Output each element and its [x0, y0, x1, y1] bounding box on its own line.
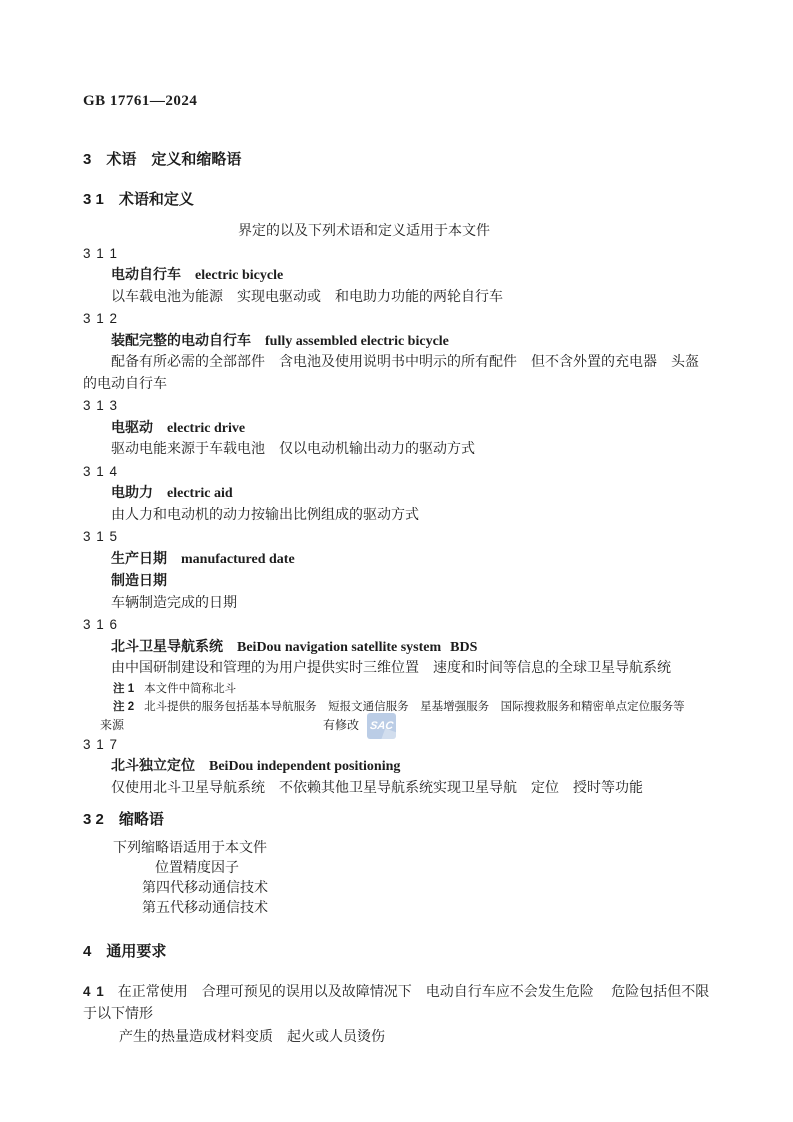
term-zh: 装配完整的电动自行车	[111, 332, 251, 348]
term-block-3-1-6: 3 1 6 北斗卫星导航系统BeiDou navigation satellit…	[83, 614, 715, 734]
section-3-2-heading: 3 2 缩略语	[83, 809, 715, 830]
clause-text: 在正常使用 合理可预见的误用以及故障情况下 电动自行车应不会发生危险 危险包括但…	[83, 985, 709, 1022]
term-number: 3 1 2	[83, 308, 715, 330]
term-definition: 驱动电能来源于车载电池 仅以电动机输出动力的驱动方式	[83, 439, 715, 461]
term-zh: 电驱动	[111, 419, 153, 435]
doc-number: GB 17761—2024	[83, 92, 715, 111]
term-number: 3 1 4	[83, 461, 715, 483]
term-note-1: 注 1本文件中简称北斗	[83, 680, 715, 698]
term-title: 电动自行车electric bicycle	[83, 264, 715, 287]
term-abbreviation: BDS	[450, 640, 477, 655]
terms-intro: 界定的以及下列术语和定义适用于本文件	[83, 221, 715, 243]
term-title: 北斗独立定位BeiDou independent positioning	[83, 755, 715, 778]
term-block-3-1-2: 3 1 2 装配完整的电动自行车fully assembled electric…	[83, 308, 715, 395]
abbr-item-5g: 第五代移动通信技术	[83, 899, 715, 919]
term-block-3-1-7: 3 1 7 北斗独立定位BeiDou independent positioni…	[83, 734, 715, 800]
clause-4-1: 4 1在正常使用 合理可预见的误用以及故障情况下 电动自行车应不会发生危险 危险…	[83, 981, 715, 1025]
term-definition: 由人力和电动机的动力按输出比例组成的驱动方式	[83, 505, 715, 527]
term-en: fully assembled electric bicycle	[265, 334, 449, 349]
source-label: 来源	[100, 718, 124, 732]
term-block-3-1-5: 3 1 5 生产日期manufactured date 制造日期 车辆制造完成的…	[83, 526, 715, 614]
term-title: 电助力electric aid	[83, 482, 715, 505]
term-definition: 仅使用北斗卫星导航系统 不依赖其他卫星导航系统实现卫星导航 定位 授时等功能	[83, 778, 715, 800]
section-4-heading: 4 通用要求	[83, 941, 715, 962]
term-en: manufactured date	[181, 552, 295, 567]
term-zh: 北斗卫星导航系统	[111, 638, 223, 654]
term-zh-alt: 制造日期	[111, 572, 167, 588]
term-en: BeiDou independent positioning	[209, 759, 400, 774]
term-alt-title: 制造日期	[83, 570, 715, 593]
term-zh: 北斗独立定位	[111, 757, 195, 773]
term-source-line: 来源有修改	[83, 716, 715, 734]
term-title: 电驱动electric drive	[83, 417, 715, 440]
note-label: 注 2	[113, 701, 134, 713]
clause-number: 4 1	[83, 984, 105, 999]
sac-watermark-logo: SAC	[367, 713, 396, 739]
note-text: 本文件中简称北斗	[144, 683, 236, 695]
term-en: electric bicycle	[195, 268, 283, 283]
term-definition: 以车载电池为能源 实现电驱动或 和电助力功能的两轮自行车	[83, 287, 715, 309]
term-title: 装配完整的电动自行车fully assembled electric bicyc…	[83, 330, 715, 353]
term-definition: 配备有所必需的全部部件 含电池及使用说明书中明示的所有配件 但不含外置的充电器 …	[83, 352, 715, 395]
term-definition: 车辆制造完成的日期	[83, 593, 715, 615]
abbr-item-4g: 第四代移动通信技术	[83, 879, 715, 899]
term-title: 北斗卫星导航系统BeiDou navigation satellite syst…	[83, 636, 715, 659]
term-number: 3 1 6	[83, 614, 715, 636]
section-3-heading: 3 术语 定义和缩略语	[83, 149, 715, 170]
term-number: 3 1 5	[83, 526, 715, 548]
term-number: 3 1 3	[83, 395, 715, 417]
term-block-3-1-3: 3 1 3 电驱动electric drive 驱动电能来源于车载电池 仅以电动…	[83, 395, 715, 461]
term-number: 3 1 1	[83, 243, 715, 265]
note-label: 注 1	[113, 683, 134, 695]
term-block-3-1-4: 3 1 4 电助力electric aid 由人力和电动机的动力按输出比例组成的…	[83, 461, 715, 527]
note-text: 北斗提供的服务包括基本导航服务 短报文通信服务 星基增强服务 国际搜救服务和精密…	[144, 701, 685, 713]
abbr-intro: 下列缩略语适用于本文件	[83, 838, 715, 859]
term-zh: 电动自行车	[111, 266, 181, 282]
term-title: 生产日期manufactured date	[83, 548, 715, 571]
term-block-3-1-1: 3 1 1 电动自行车electric bicycle 以车载电池为能源 实现电…	[83, 243, 715, 309]
term-number: 3 1 7	[83, 734, 715, 756]
source-modified-note: 有修改	[323, 718, 359, 732]
section-3-1-heading: 3 1 术语和定义	[83, 189, 715, 210]
sac-watermark-text: SAC	[369, 721, 394, 732]
term-en: BeiDou navigation satellite system	[237, 640, 441, 655]
term-en: electric aid	[167, 486, 233, 501]
abbr-item-dop: 位置精度因子	[83, 859, 715, 879]
term-en: electric drive	[167, 421, 245, 436]
term-zh: 生产日期	[111, 550, 167, 566]
term-definition: 由中国研制建设和管理的为用户提供实时三维位置 速度和时间等信息的全球卫星导航系统	[83, 658, 715, 680]
hazard-list-item: 产生的热量造成材料变质 起火或人员烫伤	[83, 1027, 715, 1049]
standard-document-page: GB 17761—2024 3 术语 定义和缩略语 3 1 术语和定义 界定的以…	[0, 0, 793, 1122]
term-zh: 电助力	[111, 484, 153, 500]
term-note-2: 注 2北斗提供的服务包括基本导航服务 短报文通信服务 星基增强服务 国际搜救服务…	[83, 698, 715, 716]
